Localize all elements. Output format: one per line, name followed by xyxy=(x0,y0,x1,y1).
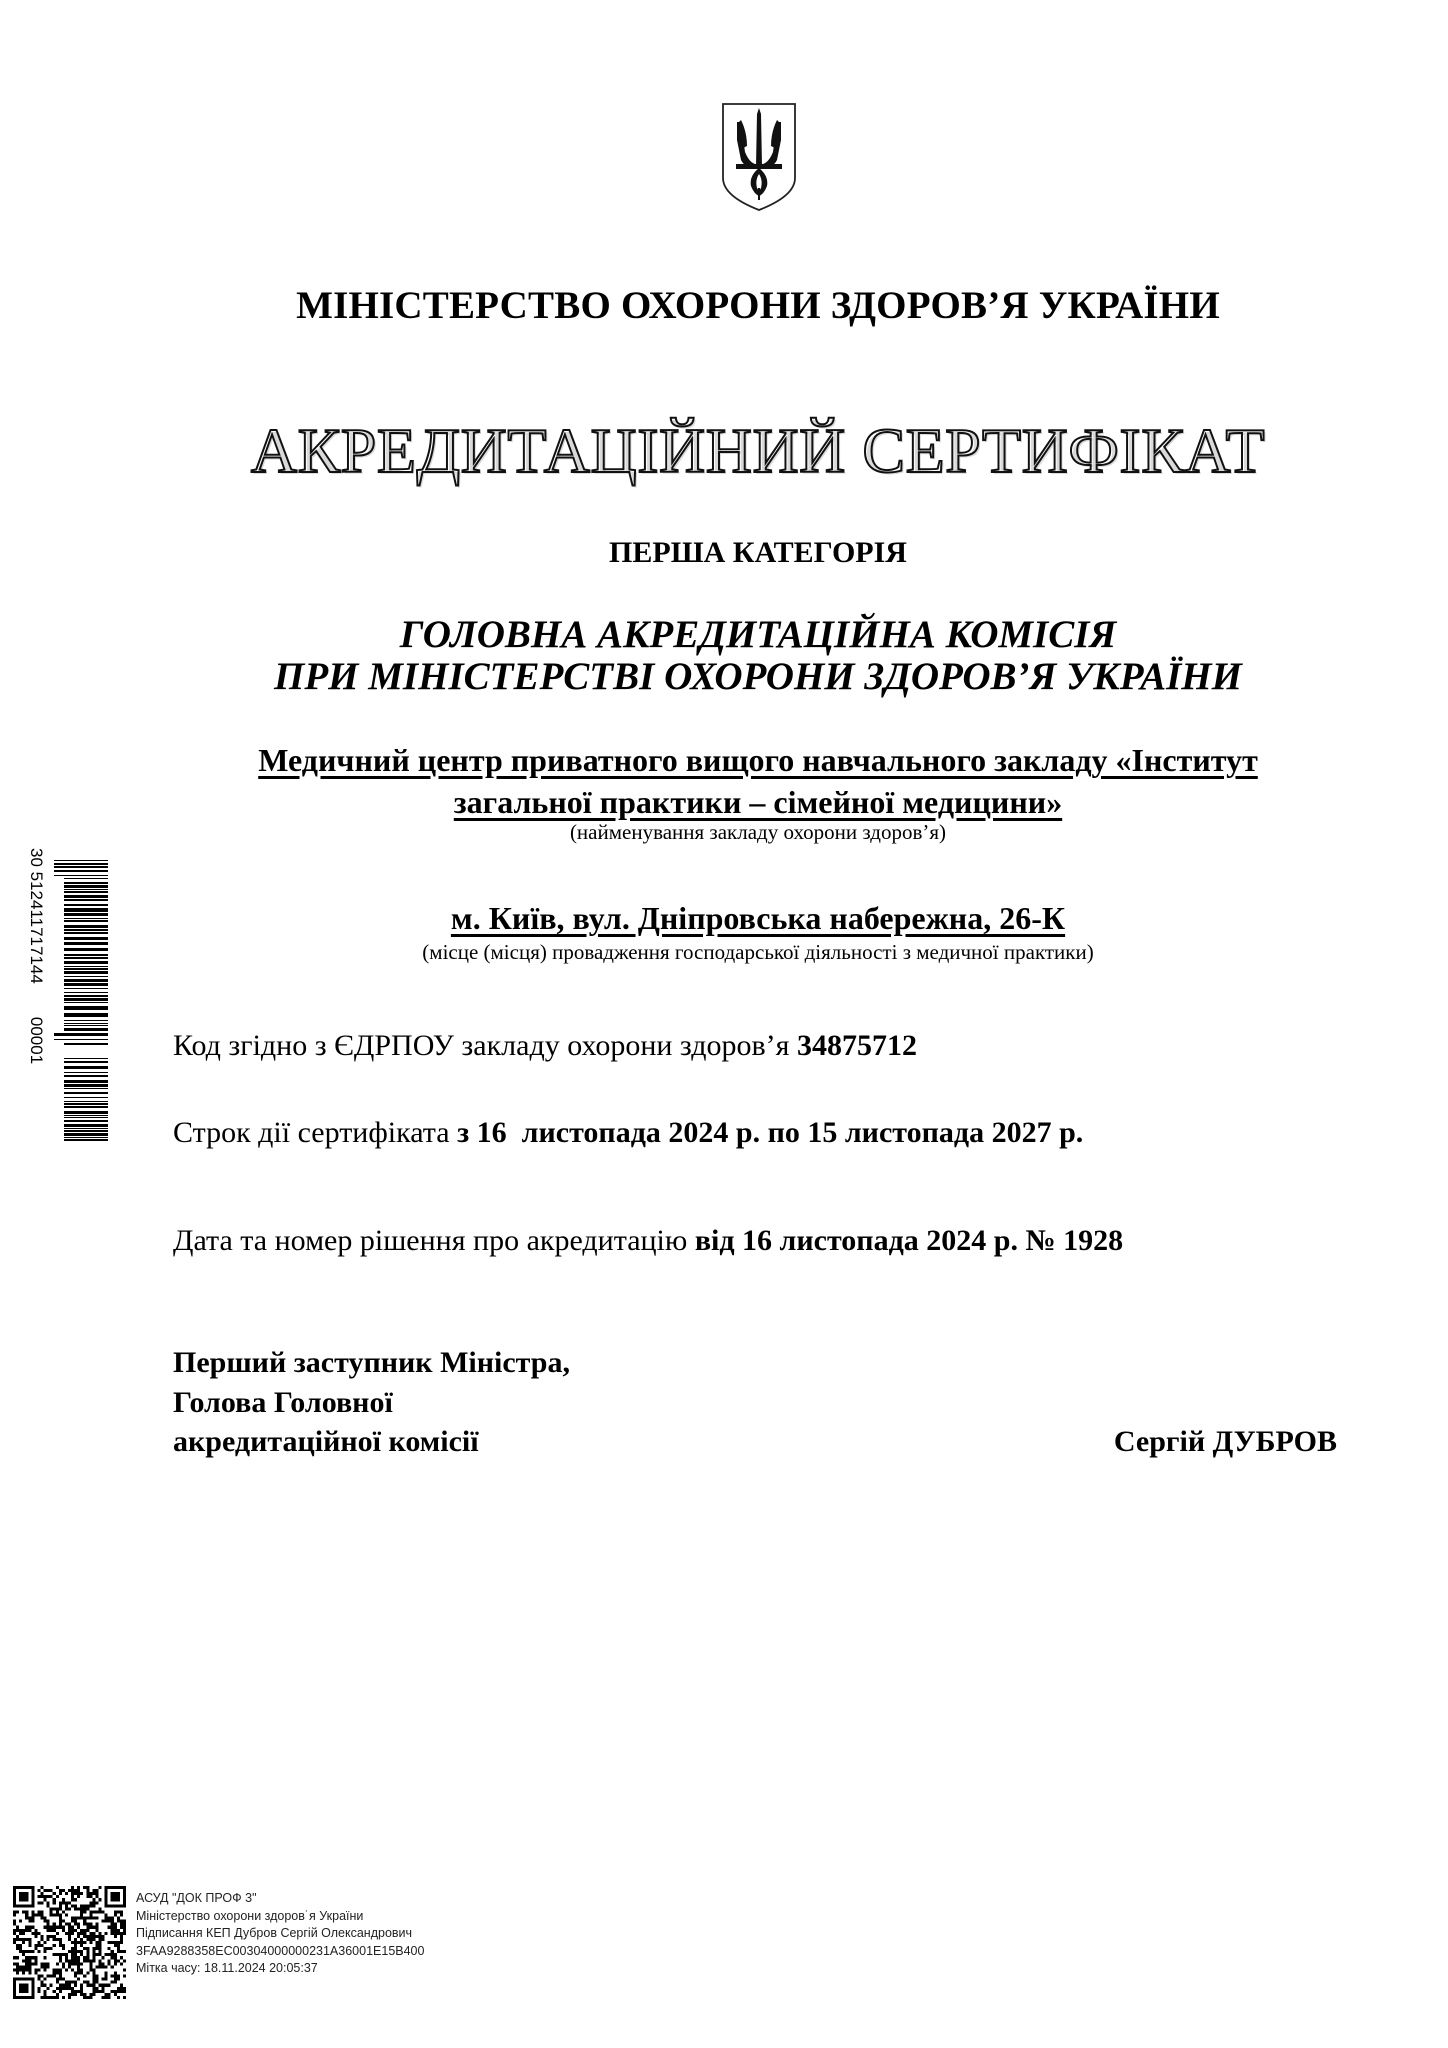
institution-name-text1: Медичний центр приватного вищого навчаль… xyxy=(258,742,1258,778)
signer-position-line1: Перший заступник Міністра, xyxy=(173,1346,570,1380)
institution-address: м. Київ, вул. Дніпровська набережна, 26-… xyxy=(158,900,1358,937)
qr-code xyxy=(13,1886,126,1999)
institution-name-line1: Медичний центр приватного вищого навчаль… xyxy=(158,742,1358,779)
institution-name-line2: загальної практики – сімейної медицини» xyxy=(158,784,1358,821)
institution-name-caption: (найменування закладу охорони здоров’я) xyxy=(158,820,1358,845)
institution-name-text2: загальної практики – сімейної медицини» xyxy=(454,784,1062,820)
stamp-key-id: 3FAA9288358EC00304000000231A36001E15B400 xyxy=(136,1943,424,1961)
decision-label: Дата та номер рішення про акредитацію xyxy=(173,1224,695,1257)
e-signature-stamp: АСУД "ДОК ПРОФ 3" Міністерство охорони з… xyxy=(136,1890,424,1978)
commission-name-line2: ПРИ МІНІСТЕРСТВІ ОХОРОНИ ЗДОРОВ’Я УКРАЇН… xyxy=(158,654,1358,699)
institution-address-text: м. Київ, вул. Дніпровська набережна, 26-… xyxy=(451,900,1065,936)
edrpou-line: Код згідно з ЄДРПОУ закладу охорони здор… xyxy=(173,1029,917,1063)
barcode-digits: 30 512411717144 00001 xyxy=(26,848,50,1148)
barcode-number: 30 512411717144 00001 xyxy=(26,848,46,1064)
edrpou-label: Код згідно з ЄДРПОУ закладу охорони здор… xyxy=(173,1029,797,1062)
signer-position-line2: Голова Головної xyxy=(173,1386,393,1420)
stamp-signer: Підписання КЕП Дубров Сергій Олександров… xyxy=(136,1925,424,1943)
signer-position-line3: акредитаційної комісії xyxy=(173,1425,479,1459)
edrpou-value: 34875712 xyxy=(797,1029,917,1062)
signer-name: Сергій ДУБРОВ xyxy=(1114,1425,1337,1459)
decision-line: Дата та номер рішення про акредитацію ві… xyxy=(173,1224,1123,1258)
address-caption: (місце (місця) провадження господарської… xyxy=(158,940,1358,965)
barcode xyxy=(40,848,112,1148)
stamp-organization: Міністерство охорони здоров˙я України xyxy=(136,1908,424,1926)
ukraine-coat-of-arms-icon xyxy=(719,100,799,212)
stamp-timestamp: Мітка часу: 18.11.2024 20:05:37 xyxy=(136,1960,424,1978)
validity-label: Строк дії сертифіката xyxy=(173,1116,457,1149)
stamp-system: АСУД "ДОК ПРОФ 3" xyxy=(136,1890,424,1908)
accreditation-category: ПЕРША КАТЕГОРІЯ xyxy=(158,536,1358,570)
commission-name-line1: ГОЛОВНА АКРЕДИТАЦІЙНА КОМІСІЯ xyxy=(158,612,1358,657)
validity-line: Строк дії сертифіката з 16 листопада 202… xyxy=(173,1116,1083,1150)
validity-value: з 16 листопада 2024 р. по 15 листопада 2… xyxy=(457,1116,1083,1149)
certificate-title: АКРЕДИТАЦІЙНИЙ СЕРТИФІКАТ xyxy=(158,414,1358,488)
decision-value: від 16 листопада 2024 р. № 1928 xyxy=(695,1224,1123,1257)
ministry-header: МІНІСТЕРСТВО ОХОРОНИ ЗДОРОВ’Я УКРАЇНИ xyxy=(158,283,1358,328)
